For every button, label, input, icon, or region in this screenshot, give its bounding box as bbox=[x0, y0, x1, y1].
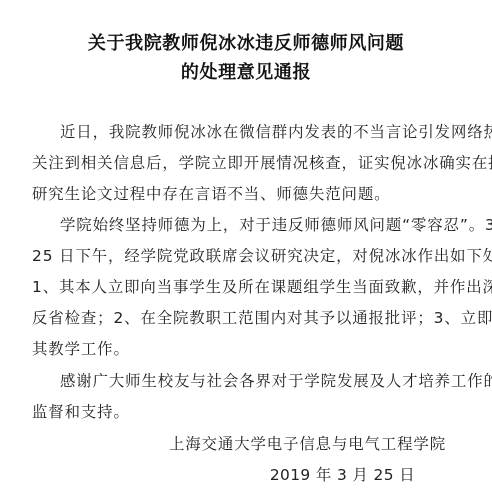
paragraph-line: 关注到相关信息后，学院立即开展情况核查，证实倪冰冰确实在指导 bbox=[32, 151, 492, 173]
paragraph-line: 监督和支持。 bbox=[32, 400, 130, 422]
paragraph-line: 研究生论文过程中存在言语不当、师德失范问题。 bbox=[32, 182, 390, 204]
document-title-line-2: 的处理意见通报 bbox=[0, 58, 492, 84]
signature-date: 2019 年 3 月 25 日 bbox=[270, 463, 415, 485]
document-title-line-1: 关于我院教师倪冰冰违反师德师风问题 bbox=[0, 29, 492, 55]
paragraph-line: 感谢广大师生校友与社会各界对于学院发展及人才培养工作的 bbox=[60, 369, 492, 391]
paragraph-line: 其教学工作。 bbox=[32, 337, 130, 359]
paragraph-line: 25 日下午，经学院党政联席会议研究决定，对倪冰冰作出如下处理： bbox=[32, 244, 492, 266]
paragraph-line: 1、其本人立即向当事学生及所在课题组学生当面致歉，并作出深刻 bbox=[32, 275, 492, 297]
paragraph-line: 反省检查；2、在全院教职工范围内对其予以通报批评；3、立即停止 bbox=[32, 306, 492, 328]
signature-organization: 上海交通大学电子信息与电气工程学院 bbox=[169, 432, 446, 454]
paragraph-line: 近日，我院教师倪冰冰在微信群内发表的不当言论引发网络热议。 bbox=[60, 120, 492, 142]
paragraph-line: 学院始终坚持师德为上，对于违反师德师风问题“零容忍”。3 月 bbox=[60, 213, 492, 235]
notice-document: 关于我院教师倪冰冰违反师德师风问题 的处理意见通报 近日，我院教师倪冰冰在微信群… bbox=[0, 0, 492, 500]
